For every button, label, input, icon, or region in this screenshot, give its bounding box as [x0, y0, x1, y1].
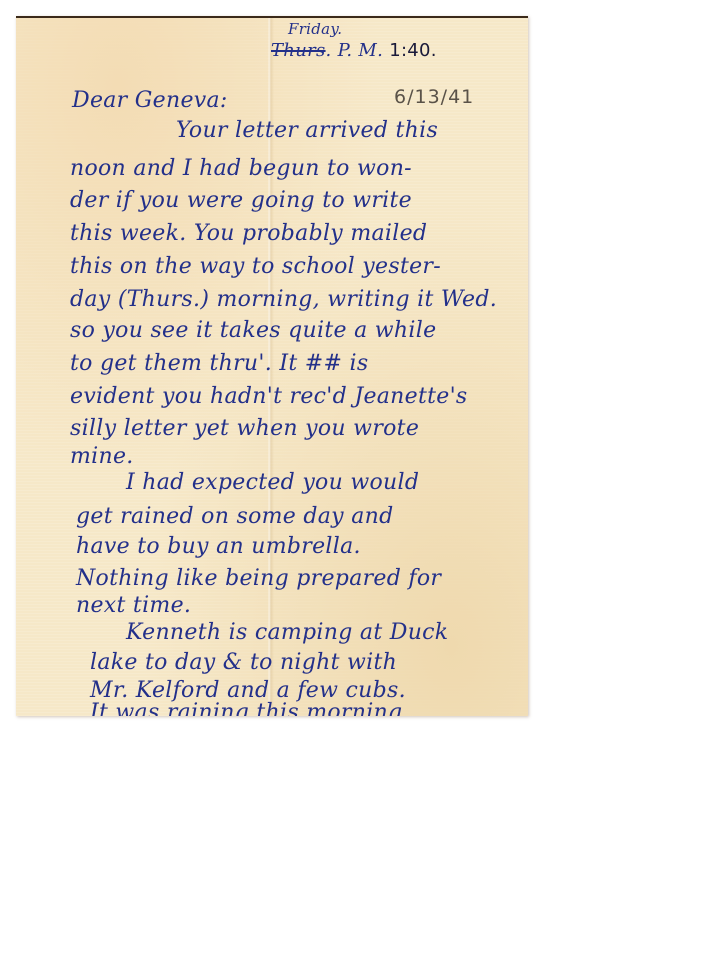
salutation: Dear Geneva:: [72, 88, 228, 113]
letter-line-cut-off: It was raining this morning: [90, 700, 402, 716]
struck-day: Thurs: [271, 40, 326, 61]
letter-line: I had expected you would: [126, 470, 419, 495]
letter-line: this on the way to school yester-: [70, 254, 441, 279]
letter-page: Friday. Thurs. P. M. 1:40. 6/13/41 Dear …: [16, 16, 528, 716]
letter-line: silly letter yet when you wrote: [70, 416, 419, 441]
letter-line: so you see it takes quite a while: [70, 318, 436, 343]
inserted-day: Friday.: [288, 20, 342, 38]
pencil-date: 6/13/41: [394, 86, 474, 108]
meridiem: . P. M.: [326, 40, 384, 61]
letter-line: day (Thurs.) morning, writing it Wed.: [70, 287, 497, 312]
letter-line: Kenneth is camping at Duck: [126, 620, 448, 645]
time-written: 1:40.: [389, 40, 437, 61]
letter-line: mine.: [70, 444, 134, 469]
letter-line: evident you hadn't rec'd Jeanette's: [70, 384, 468, 409]
letter-line: der if you were going to write: [70, 188, 412, 213]
letter-line: noon and I had begun to won-: [70, 156, 412, 181]
letter-line: this week. You probably mailed: [70, 221, 427, 246]
letter-line: Your letter arrived this: [176, 118, 438, 143]
letter-line: next time.: [76, 593, 191, 618]
letter-line: have to buy an umbrella.: [76, 534, 361, 559]
letter-line: Nothing like being prepared for: [76, 566, 441, 591]
letter-line: lake to day & to night with: [90, 650, 397, 675]
letter-line: get rained on some day and: [76, 504, 393, 529]
letter-line: to get them thru'. It ## is: [70, 351, 368, 376]
letter-header: Thurs. P. M. 1:40.: [271, 40, 437, 61]
